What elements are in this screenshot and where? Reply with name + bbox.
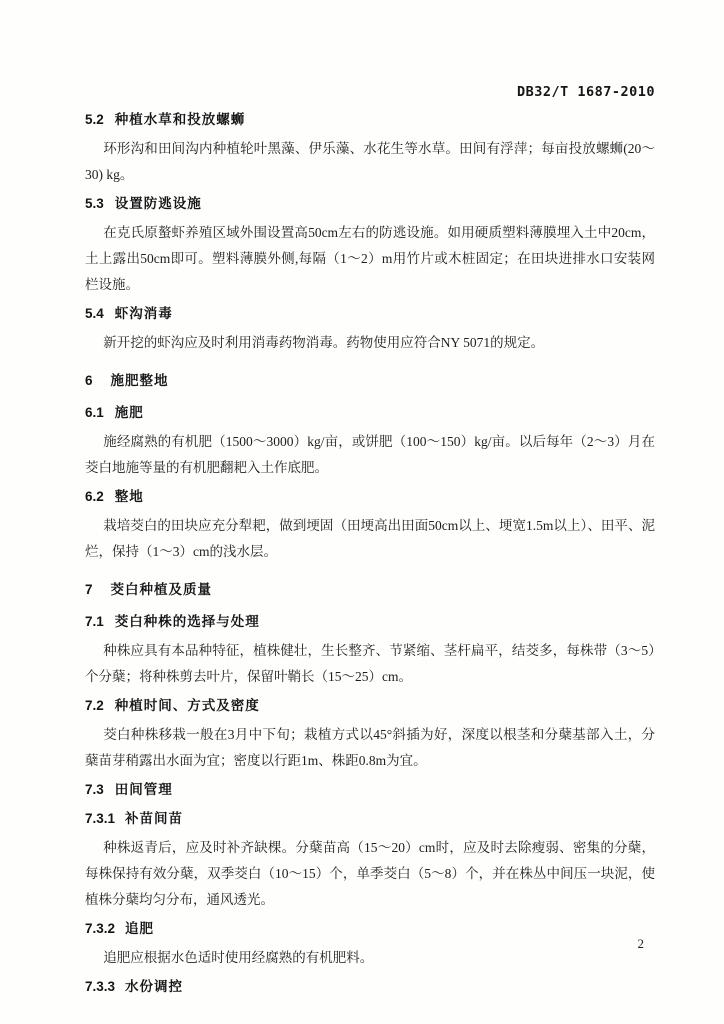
paragraph-6-1: 施经腐熟的有机肥（1500～3000）kg/亩，或饼肥（100～150）kg/亩…: [85, 429, 655, 481]
heading-7-1: 7.1茭白种株的选择与处理: [85, 609, 655, 635]
heading-7-3-3: 7.3.3水份调控: [85, 974, 655, 1000]
heading-7-3: 7.3田间管理: [85, 777, 655, 803]
section-title: 设置防逃设施: [115, 196, 202, 211]
heading-7-3-2: 7.3.2追肥: [85, 916, 655, 942]
doc-code-header: DB32/T 1687-2010: [517, 84, 655, 100]
subsection-number: 7.3.2: [85, 921, 115, 936]
section-title: 种植时间、方式及密度: [115, 698, 260, 713]
subsection-number: 7.3.3: [85, 979, 115, 994]
heading-7: 7茭白种植及质量: [85, 577, 655, 603]
heading-6: 6施肥整地: [85, 368, 655, 394]
chapter-title: 茭白种植及质量: [111, 582, 213, 597]
paragraph-7-1: 种株应具有本品种特征，植株健壮，生长整齐、节紧缩、茎杆扁平，结茭多，每株带（3～…: [85, 638, 655, 690]
section-number: 7.3: [85, 782, 104, 797]
paragraph-5-3: 在克氏原螯虾养殖区域外围设置高50cm左右的防逃设施。如用硬质塑料薄膜埋入土中2…: [85, 220, 655, 298]
section-number: 5.3: [85, 196, 104, 211]
paragraph-5-4: 新开挖的虾沟应及时利用消毒药物消毒。药物使用应符合NY 5071的规定。: [85, 330, 655, 356]
paragraph-6-2: 栽培茭白的田块应充分犁耙，做到埂固（田埂高出田面50cm以上、埂宽1.5m以上）…: [85, 513, 655, 565]
heading-5-4: 5.4虾沟消毒: [85, 301, 655, 327]
heading-7-3-1: 7.3.1补苗间苗: [85, 806, 655, 832]
section-title: 整地: [115, 489, 144, 504]
section-number: 7.1: [85, 614, 104, 629]
paragraph-7-2: 茭白种株移栽一般在3月中下旬；栽植方式以45°斜插为好，深度以根茎和分蘖基部入土…: [85, 722, 655, 774]
chapter-number: 6: [85, 373, 93, 388]
heading-5-2: 5.2种植水草和投放螺蛳: [85, 107, 655, 133]
heading-5-3: 5.3设置防逃设施: [85, 191, 655, 217]
heading-6-1: 6.1施肥: [85, 400, 655, 426]
heading-7-2: 7.2种植时间、方式及密度: [85, 693, 655, 719]
subsection-title: 水份调控: [125, 979, 183, 994]
section-title: 虾沟消毒: [115, 306, 173, 321]
paragraph-7-3-1: 种株返青后，应及时补齐缺棵。分蘖苗高（15～20）cm时，应及时去除瘦弱、密集的…: [85, 835, 655, 913]
section-number: 7.2: [85, 698, 104, 713]
document-body: 5.2种植水草和投放螺蛳 环形沟和田间沟内种植轮叶黑藻、伊乐藻、水花生等水草。田…: [85, 104, 655, 1000]
subsection-number: 7.3.1: [85, 811, 115, 826]
section-number: 5.4: [85, 306, 104, 321]
subsection-title: 补苗间苗: [125, 811, 183, 826]
page-number: 2: [638, 936, 645, 952]
paragraph-7-3-2: 追肥应根据水色适时使用经腐熟的有机肥料。: [85, 945, 655, 971]
chapter-title: 施肥整地: [111, 373, 169, 388]
section-number: 6.2: [85, 489, 104, 504]
section-number: 5.2: [85, 112, 104, 127]
chapter-number: 7: [85, 582, 93, 597]
section-number: 6.1: [85, 405, 104, 420]
section-title: 田间管理: [115, 782, 173, 797]
paragraph-5-2: 环形沟和田间沟内种植轮叶黑藻、伊乐藻、水花生等水草。田间有浮萍；每亩投放螺蛳(2…: [85, 136, 655, 188]
heading-6-2: 6.2整地: [85, 484, 655, 510]
section-title: 茭白种株的选择与处理: [115, 614, 260, 629]
document-page: DB32/T 1687-2010 5.2种植水草和投放螺蛳 环形沟和田间沟内种植…: [0, 0, 724, 1024]
section-title: 施肥: [115, 405, 144, 420]
section-title: 种植水草和投放螺蛳: [115, 112, 246, 127]
subsection-title: 追肥: [125, 921, 154, 936]
